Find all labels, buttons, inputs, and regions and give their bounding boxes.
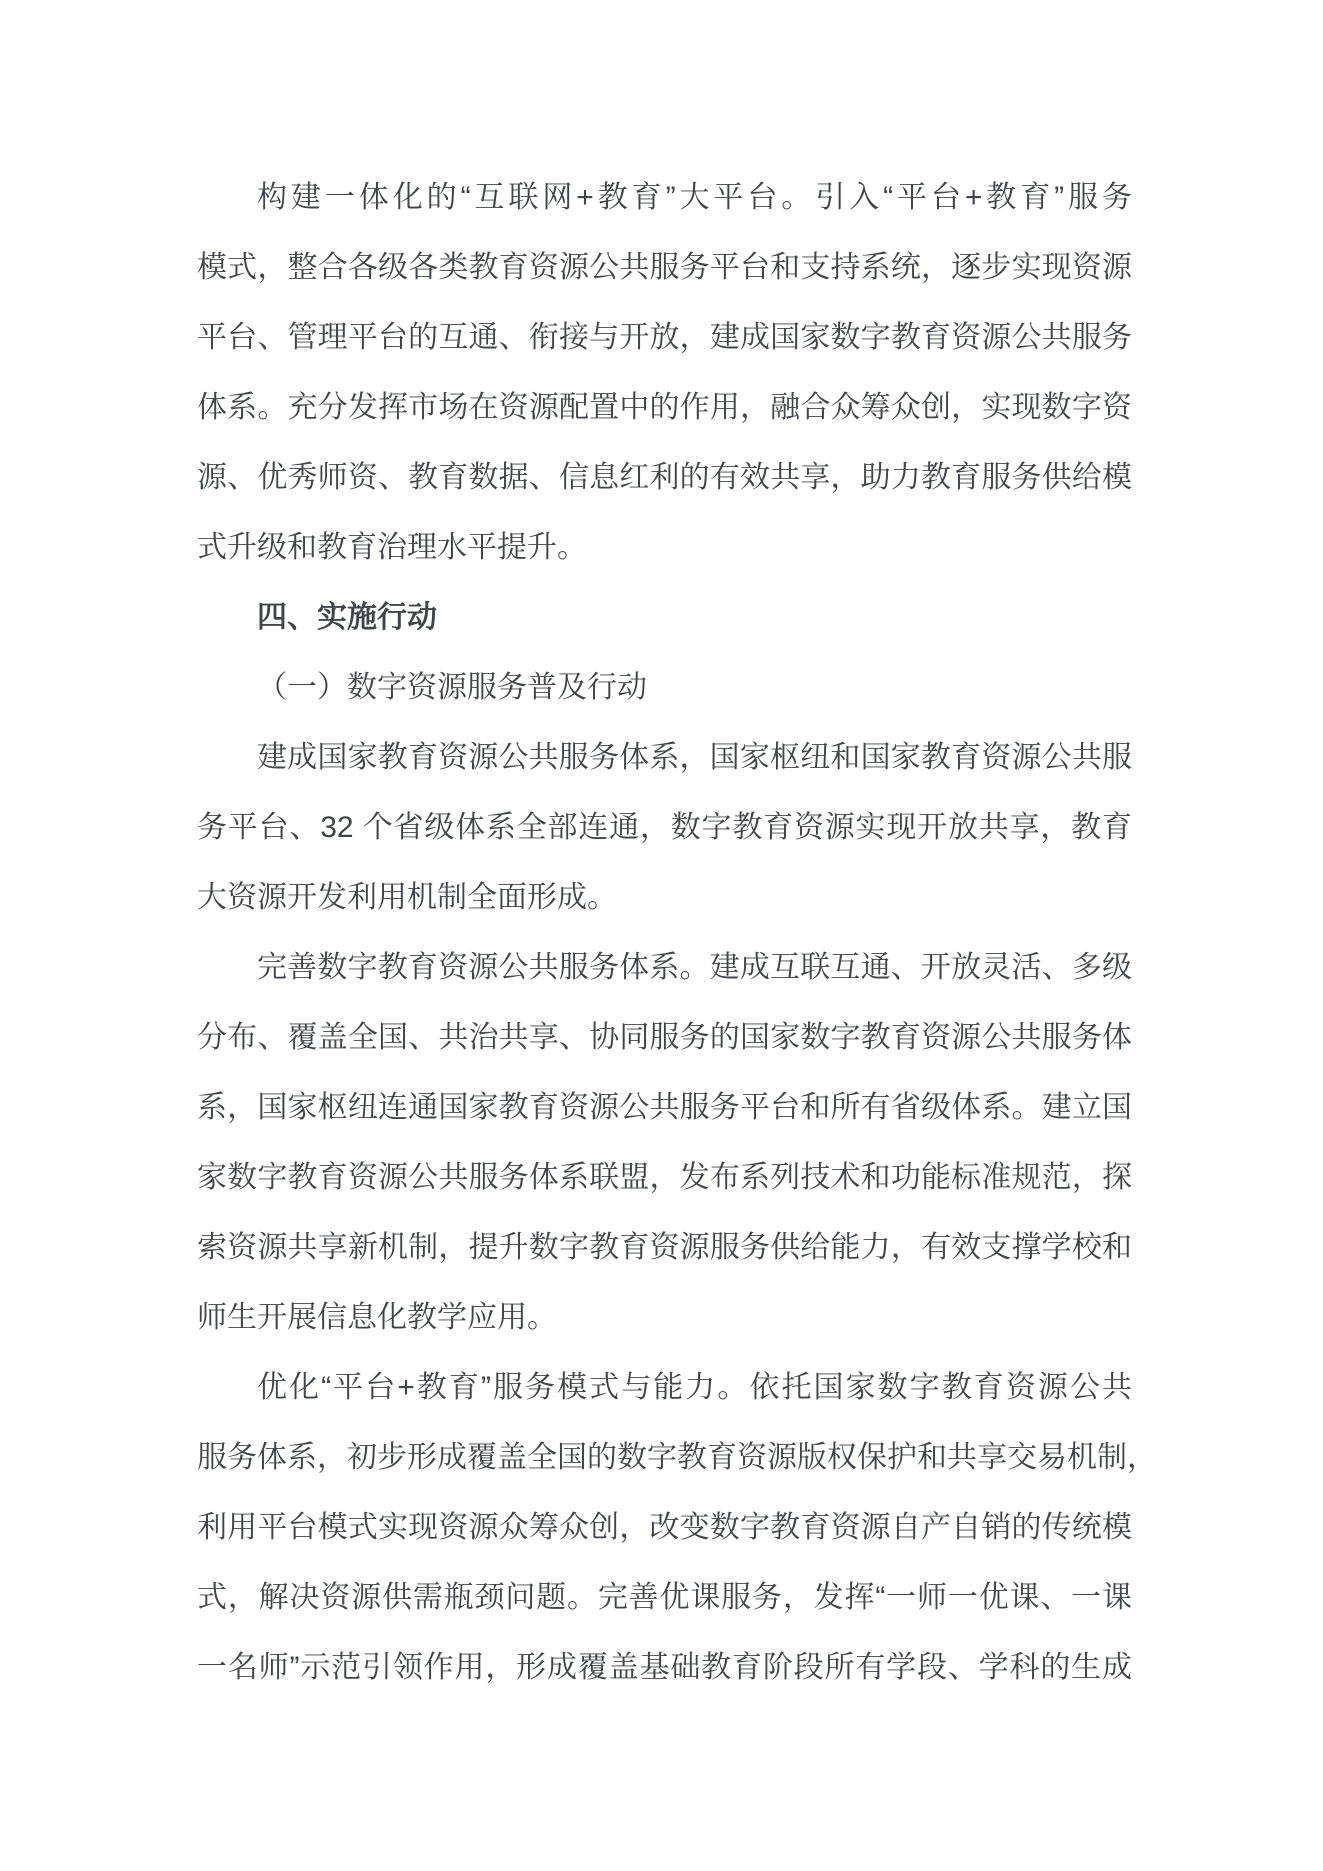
text-line: 索资源共享新机制，提升数字教育资源服务供给能力，有效支撑学校和 xyxy=(197,1213,1132,1283)
text-line: 模式，整合各级各类教育资源公共服务平台和支持系统，逐步实现资源 xyxy=(197,233,1132,303)
document-body: 构建一体化的“互联网+教育”大平台。引入“平台+教育”服务模式，整合各级各类教育… xyxy=(197,163,1132,1703)
subheading-one-digital-resource-service-popularization-action: （一）数字资源服务普及行动 xyxy=(197,653,1132,723)
text-line: 完善数字教育资源公共服务体系。建成互联互通、开放灵活、多级 xyxy=(197,933,1132,1003)
paragraph-optimize-platform-plus-education-service-model: 优化“平台+教育”服务模式与能力。依托国家数字教育资源公共服务体系，初步形成覆盖… xyxy=(197,1353,1132,1703)
text-line: 平台、管理平台的互通、衔接与开放，建成国家数字教育资源公共服务 xyxy=(197,303,1132,373)
text-line: 服务体系，初步形成覆盖全国的数字教育资源版权保护和共享交易机制， xyxy=(197,1423,1132,1493)
text-line: 优化“平台+教育”服务模式与能力。依托国家数字教育资源公共 xyxy=(197,1353,1132,1423)
text-line: 家数字教育资源公共服务体系联盟，发布系列技术和功能标准规范，探 xyxy=(197,1143,1132,1213)
text-line: 大资源开发利用机制全面形成。 xyxy=(197,863,1132,933)
text-line: 建成国家教育资源公共服务体系，国家枢纽和国家教育资源公共服 xyxy=(197,723,1132,793)
text-line: 一名师”示范引领作用，形成覆盖基础教育阶段所有学段、学科的生成 xyxy=(197,1633,1132,1703)
text-line: （一）数字资源服务普及行动 xyxy=(197,653,1132,723)
text-line: 务平台、32 个省级体系全部连通，数字教育资源实现开放共享，教育 xyxy=(197,793,1132,863)
document-page: 构建一体化的“互联网+教育”大平台。引入“平台+教育”服务模式，整合各级各类教育… xyxy=(0,0,1323,1871)
text-line: 构建一体化的“互联网+教育”大平台。引入“平台+教育”服务 xyxy=(197,163,1132,233)
paragraph-national-education-resource-public-service-system-goal: 建成国家教育资源公共服务体系，国家枢纽和国家教育资源公共服务平台、32 个省级体… xyxy=(197,723,1132,933)
text-line: 源、优秀师资、教育数据、信息红利的有效共享，助力教育服务供给模 xyxy=(197,443,1132,513)
paragraph-internet-plus-education-platform: 构建一体化的“互联网+教育”大平台。引入“平台+教育”服务模式，整合各级各类教育… xyxy=(197,163,1132,583)
text-line: 师生开展信息化教学应用。 xyxy=(197,1283,1132,1353)
text-line: 式升级和教育治理水平提升。 xyxy=(197,513,1132,583)
text-line: 式，解决资源供需瓶颈问题。完善优课服务，发挥“一师一优课、一课 xyxy=(197,1563,1132,1633)
paragraph-improve-digital-education-resource-public-service-system: 完善数字教育资源公共服务体系。建成互联互通、开放灵活、多级分布、覆盖全国、共治共… xyxy=(197,933,1132,1353)
text-line: 体系。充分发挥市场在资源配置中的作用，融合众筹众创，实现数字资 xyxy=(197,373,1132,443)
text-line: 系，国家枢纽连通国家教育资源公共服务平台和所有省级体系。建立国 xyxy=(197,1073,1132,1143)
heading-section-four-implementation-actions: 四、实施行动 xyxy=(197,583,1132,653)
text-line: 利用平台模式实现资源众筹众创，改变数字教育资源自产自销的传统模 xyxy=(197,1493,1132,1563)
text-line: 分布、覆盖全国、共治共享、协同服务的国家数字教育资源公共服务体 xyxy=(197,1003,1132,1073)
text-line: 四、实施行动 xyxy=(197,583,1132,653)
